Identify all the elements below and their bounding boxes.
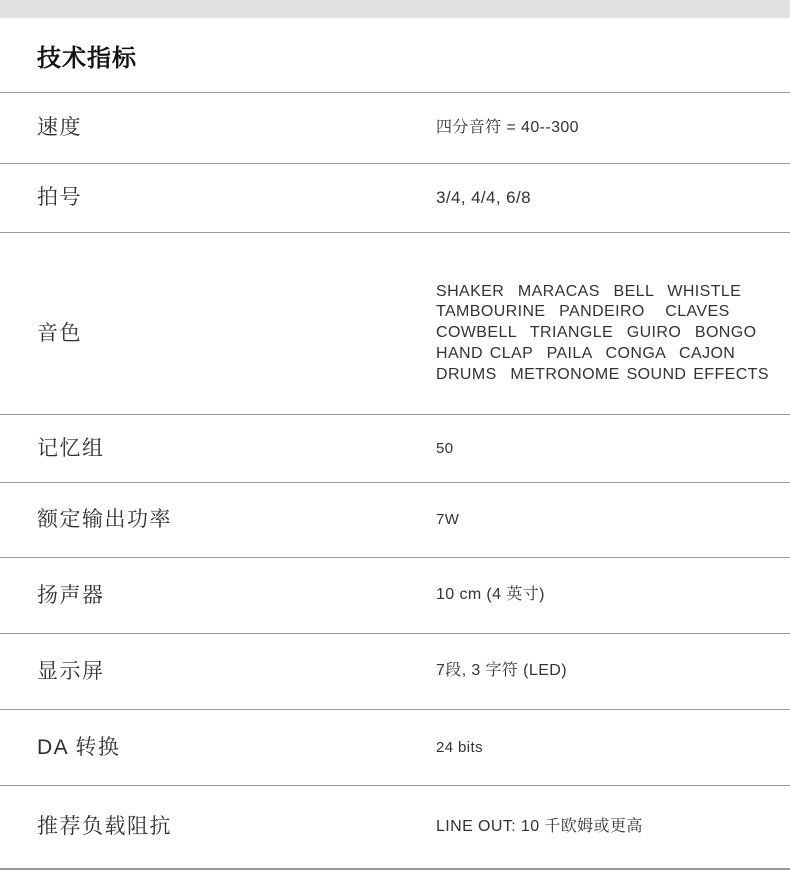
bottom-divider [0, 868, 790, 870]
spec-label: 记忆组 [37, 436, 436, 461]
spec-row-tones: 音色 SHAKER MARACAS BELL WHISTLE TAMBOURIN… [0, 232, 790, 414]
spec-value: 50 [436, 439, 790, 459]
spec-value: 7段, 3 字符 (LED) [436, 661, 790, 682]
spec-row-load-impedance: 推荐负载阻抗 LINE OUT: 10 千欧姆或更高 [0, 785, 790, 868]
spec-value: 四分音符 = 40--300 [436, 118, 790, 139]
spec-row-da-conversion: DA 转换 24 bits [0, 709, 790, 785]
spec-sheet-page: 技术指标 速度 四分音符 = 40--300 拍号 3/4, 4/4, 6/8 … [0, 0, 790, 876]
top-gray-bar [0, 0, 790, 18]
spec-label: 拍号 [37, 185, 436, 210]
spec-label: 扬声器 [37, 583, 436, 608]
spec-table: 速度 四分音符 = 40--300 拍号 3/4, 4/4, 6/8 音色 SH… [0, 92, 790, 868]
spec-label: 音色 [37, 321, 436, 346]
spec-value: SHAKER MARACAS BELL WHISTLE TAMBOURINE P… [436, 282, 790, 386]
spec-label: 推荐负载阻抗 [37, 814, 436, 839]
spec-value: 7W [436, 510, 790, 530]
spec-label: 速度 [37, 115, 436, 140]
spec-row-memory: 记忆组 50 [0, 414, 790, 482]
spec-label: DA 转换 [37, 735, 436, 760]
spec-row-time-signature: 拍号 3/4, 4/4, 6/8 [0, 163, 790, 232]
spec-row-output-power: 额定输出功率 7W [0, 482, 790, 557]
title-block: 技术指标 [0, 18, 790, 92]
spec-row-tempo: 速度 四分音符 = 40--300 [0, 92, 790, 163]
spec-label: 额定输出功率 [37, 507, 436, 532]
spec-value: 24 bits [436, 738, 790, 758]
page-title: 技术指标 [37, 38, 137, 73]
spec-value: 10 cm (4 英寸) [436, 585, 790, 606]
spec-value: 3/4, 4/4, 6/8 [436, 187, 790, 209]
spec-value: LINE OUT: 10 千欧姆或更高 [436, 817, 790, 838]
spec-row-display: 显示屏 7段, 3 字符 (LED) [0, 633, 790, 709]
spec-label: 显示屏 [37, 659, 436, 684]
spec-row-speaker: 扬声器 10 cm (4 英寸) [0, 557, 790, 633]
